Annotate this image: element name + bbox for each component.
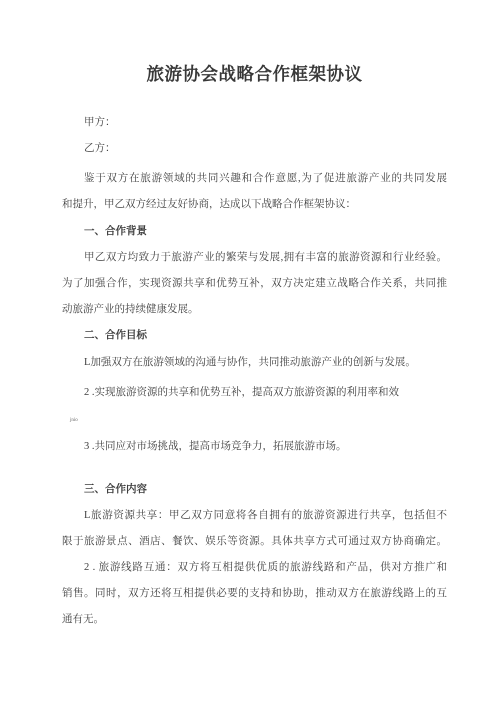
section-3-item-2-line-2: 销售。同时，双方还将互相提供必要的支持和协助，推动双方在旅游线路上的互 (62, 581, 447, 607)
document-page: 旅游协会战略合作框架协议 甲方： 乙方： 鉴于双方在旅游领域的共同兴趣和合作意愿… (0, 0, 500, 707)
section-2-item-3: 3 .共同应对市场挑战，提高市场竞争力，拓展旅游市场。 (62, 434, 447, 460)
section-3-heading: 三、合作内容 (62, 477, 447, 503)
preamble-line-2: 和提升，甲乙双方经过友好协商，达成以下战略合作框架协议： (62, 192, 447, 218)
section-1-heading: 一、合作背景 (62, 219, 447, 245)
document-title: 旅游协会战略合作框架协议 (62, 62, 447, 86)
section-1-body-line-2: 为了加强合作，实现资源共享和优势互补，双方决定建立战略合作关系，共同推 (62, 271, 447, 297)
section-3-item-1-line-1: L旅游资源共享：甲乙双方同意将各自拥有的旅游资源进行共享，包括但不 (62, 503, 447, 529)
section-2-item-2: 2 .实现旅游资源的共享和优势互补，提高双方旅游资源的利用率和效 (62, 380, 447, 406)
section-1-body-line-1: 甲乙双方均致力于旅游产业的繁荣与发展,拥有丰富的旅游资源和行业经验。 (62, 245, 447, 271)
document-body: 旅游协会战略合作框架协议 甲方： 乙方： 鉴于双方在旅游领域的共同兴趣和合作意愿… (0, 62, 500, 633)
stray-fragment: jnio (62, 417, 447, 425)
section-3-item-2-line-1: 2 . 旅游线路互通：双方将互相提供优质的旅游线路和产品，供对方推广和 (62, 555, 447, 581)
section-2-heading: 二、合作目标 (62, 323, 447, 349)
section-2-item-1: L加强双方在旅游领域的沟通与协作，共同推动旅游产业的创新与发展。 (62, 350, 447, 376)
preamble-line-1: 鉴于双方在旅游领域的共同兴趣和合作意愿,为了促进旅游产业的共同发展 (62, 166, 447, 192)
section-3-item-1-line-2: 限于旅游景点、酒店、餐饮、娱乐等资源。具体共享方式可通过双方协商确定。 (62, 529, 447, 555)
party-a-line: 甲方： (62, 110, 447, 136)
section-3-item-2-line-3: 通有无。 (62, 607, 447, 633)
party-b-line: 乙方： (62, 136, 447, 162)
section-1-body-line-3: 动旅游产业的持续健康发展。 (62, 297, 447, 323)
